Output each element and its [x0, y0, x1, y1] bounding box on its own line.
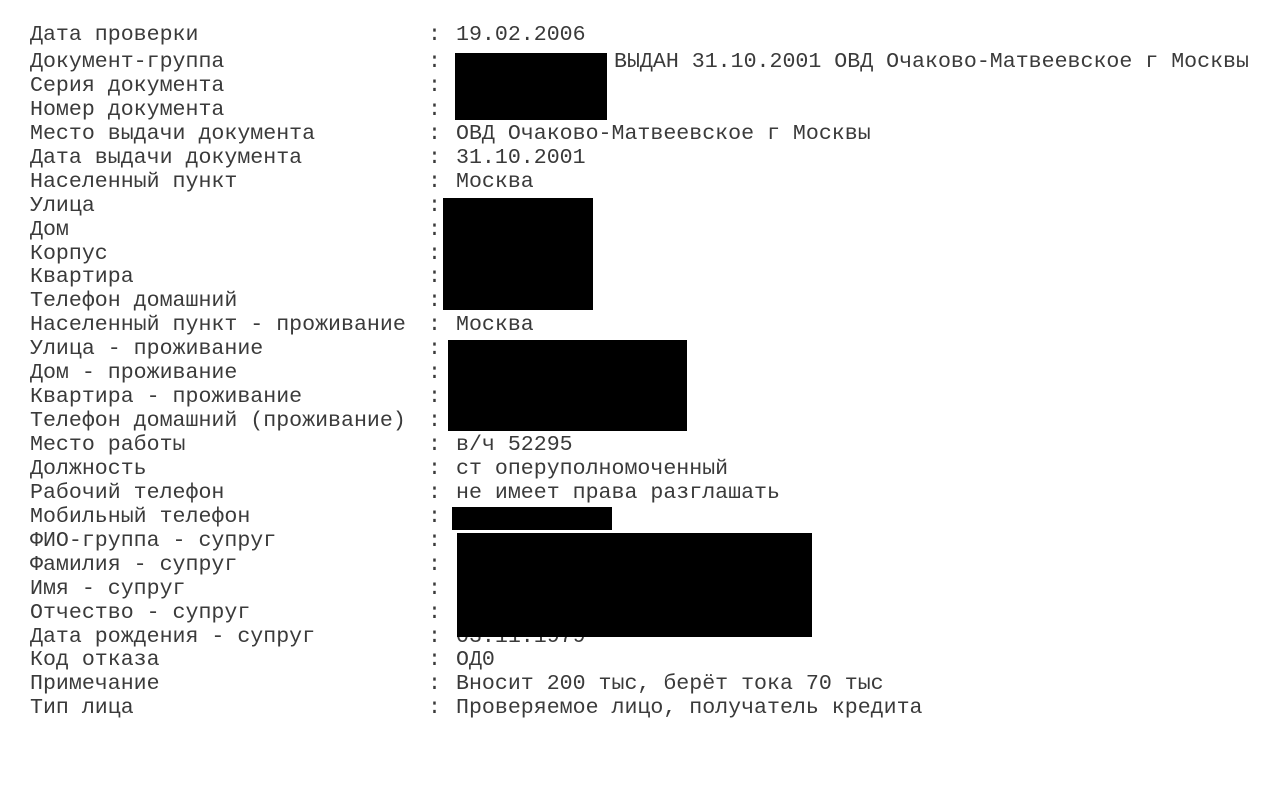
field-label: Имя - супруг: [30, 578, 186, 602]
field-label: Рабочий телефон: [30, 482, 224, 506]
field-value: Москва: [456, 171, 534, 195]
field-separator: :: [428, 626, 441, 650]
field-separator: :: [428, 51, 441, 75]
redaction-registration-address: [443, 198, 593, 310]
field-separator: :: [428, 243, 441, 267]
field-label: Мобильный телефон: [30, 506, 250, 530]
field-value: в/ч 52295: [456, 434, 573, 458]
field-label: Телефон домашний (проживание): [30, 410, 406, 434]
redaction-document-number: [455, 53, 607, 120]
field-separator: :: [428, 24, 441, 48]
field-separator: :: [428, 338, 441, 362]
field-label: Улица: [30, 195, 95, 219]
field-label: Документ-группа: [30, 51, 224, 75]
field-separator: :: [428, 554, 441, 578]
field-label: Тип лица: [30, 697, 134, 721]
field-label: Дата рождения - супруг: [30, 626, 315, 650]
field-label: Примечание: [30, 673, 160, 697]
field-label: Корпус: [30, 243, 108, 267]
field-separator: :: [428, 195, 441, 219]
field-label: Дата выдачи документа: [30, 147, 302, 171]
field-separator: :: [428, 147, 441, 171]
field-separator: :: [428, 578, 441, 602]
field-separator: :: [428, 506, 441, 530]
field-separator: :: [428, 75, 441, 99]
field-label: Дата проверки: [30, 24, 198, 48]
field-separator: :: [428, 99, 441, 123]
field-label: Телефон домашний: [30, 290, 237, 314]
field-label: Номер документа: [30, 99, 224, 123]
field-value: Проверяемое лицо, получатель кредита: [456, 697, 923, 721]
field-label: Квартира - проживание: [30, 386, 302, 410]
field-separator: :: [428, 410, 441, 434]
field-label: Населенный пункт - проживание: [30, 314, 406, 338]
field-label: Отчество - супруг: [30, 602, 250, 626]
field-label: Место выдачи документа: [30, 123, 315, 147]
field-separator: :: [428, 266, 441, 290]
field-separator: :: [428, 673, 441, 697]
field-value: 31.10.2001: [456, 147, 586, 171]
field-value: 19.02.2006: [456, 24, 586, 48]
field-separator: :: [428, 602, 441, 626]
field-separator: :: [428, 386, 441, 410]
field-label: ФИО-группа - супруг: [30, 530, 276, 554]
field-separator: :: [428, 314, 441, 338]
redaction-spouse-name: [457, 533, 812, 637]
field-value: ОВД Очаково-Матвеевское г Москвы: [456, 123, 871, 147]
field-separator: :: [428, 219, 441, 243]
field-label: Населенный пункт: [30, 171, 237, 195]
field-value: ОД0: [456, 649, 495, 673]
field-separator: :: [428, 123, 441, 147]
field-separator: :: [428, 482, 441, 506]
field-label: Дом - проживание: [30, 362, 237, 386]
field-value: Вносит 200 тыс, берёт тока 70 тыс: [456, 673, 884, 697]
field-label: Квартира: [30, 266, 134, 290]
field-label: Дом: [30, 219, 69, 243]
field-value: не имеет права разглашать: [456, 482, 780, 506]
field-separator: :: [428, 362, 441, 386]
field-separator: :: [428, 171, 441, 195]
field-separator: :: [428, 649, 441, 673]
field-separator: :: [428, 530, 441, 554]
field-separator: :: [428, 434, 441, 458]
field-label: Место работы: [30, 434, 186, 458]
redaction-mobile-phone: [452, 507, 612, 530]
field-label: Фамилия - супруг: [30, 554, 237, 578]
field-separator: :: [428, 697, 441, 721]
field-label: Серия документа: [30, 75, 224, 99]
field-value: ст оперуполномоченный: [456, 458, 728, 482]
redaction-residence-address: [448, 340, 687, 431]
field-separator: :: [428, 458, 441, 482]
field-label: Должность: [30, 458, 147, 482]
field-label: Код отказа: [30, 649, 160, 673]
field-value: Москва: [456, 314, 534, 338]
field-separator: :: [428, 290, 441, 314]
field-label: Улица - проживание: [30, 338, 263, 362]
field-value-extra: ВЫДАН 31.10.2001 ОВД Очаково-Матвеевское…: [614, 51, 1249, 75]
